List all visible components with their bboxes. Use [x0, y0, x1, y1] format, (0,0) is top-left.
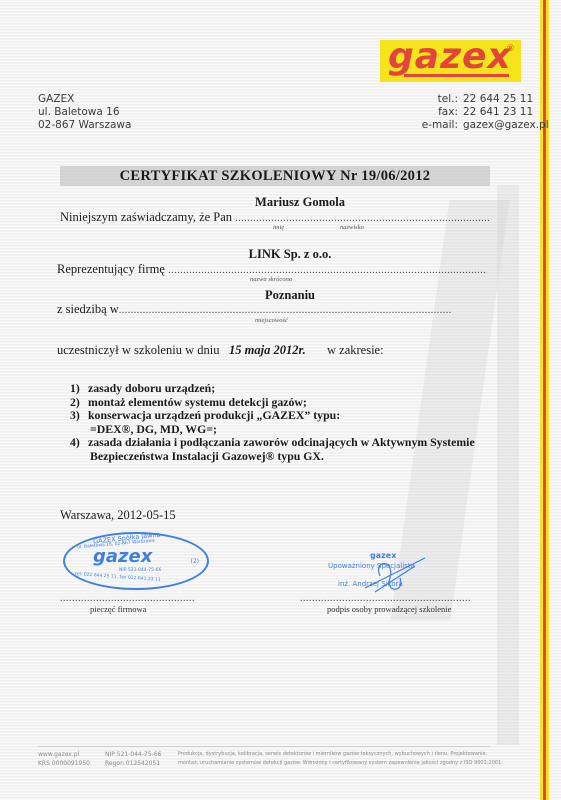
dotted-line: ........................................… — [119, 305, 452, 316]
logo-underline — [404, 74, 509, 77]
hint-city: miejscowość — [255, 317, 288, 324]
footer-nip: NIP 521-044-75-66 — [105, 750, 161, 759]
footer-desc-line: montaż, uruchamianie systemów detekcji g… — [178, 759, 508, 768]
scope-item: 3)konserwacja urządzeń produkcji „GAZEX”… — [70, 409, 475, 423]
address-line: GAZEX — [38, 93, 131, 106]
email-link[interactable]: gazex@gazex.pl — [463, 119, 549, 132]
stamp-logo: gazex — [93, 546, 152, 567]
hint-first-name: imię — [273, 224, 284, 231]
company-name: LINK Sp. z o.o. — [220, 247, 360, 262]
gazex-logo: gazex ® — [380, 40, 521, 82]
scope-item: 1)zasady doboru urządzeń; — [70, 382, 475, 396]
stamp-nip: NIP 521-044-75-66 — [119, 568, 161, 573]
stamp-phones: tel. 022 644 25 11, fax 022 641 23 11 — [75, 572, 161, 583]
item-number: 4) — [70, 436, 88, 450]
city-name: Poznaniu — [240, 288, 340, 303]
footer-col-ids: NIP 521-044-75-66 Regon 012542051 — [105, 750, 161, 768]
contact-phone: tel.:22 644 25 11 — [400, 93, 549, 106]
footer-rule — [38, 746, 490, 747]
city-label: z siedzibą w — [57, 302, 119, 316]
item-text: zasady doboru urządzeń; — [88, 382, 215, 396]
registered-mark: ® — [506, 44, 515, 54]
scope-label: w zakresie: — [327, 343, 384, 358]
person-label: Niniejszym zaświadczamy, że Pan — [60, 210, 232, 224]
person-line: Niniejszym zaświadczamy, że Pan ........… — [60, 210, 490, 225]
footer-col-desc: Produkcja, dystrybucja, kalibracja, serw… — [178, 750, 508, 768]
company-line: Reprezentujący firmę ...................… — [57, 262, 487, 277]
contact-email: e-mail:gazex@gazex.pl — [400, 119, 549, 132]
item-text: montaż elementów systemu detekcji gazów; — [88, 396, 307, 410]
training-label: uczestniczył w szkoleniu w dniu — [57, 343, 219, 358]
dotted-line: ........................................… — [168, 265, 487, 276]
certificate-title: CERTYFIKAT SZKOLENIOWY Nr 19/06/2012 — [60, 166, 490, 186]
stamp-dotted-line: ........................................… — [60, 593, 195, 604]
contact-label: e-mail: — [400, 119, 463, 132]
training-date: 15 maja 2012r. — [229, 343, 306, 358]
company-address: GAZEX ul. Baletowa 16 02-867 Warszawa — [38, 93, 131, 132]
item-text: konserwacja urządzeń produkcji „GAZEX” t… — [88, 409, 340, 423]
footer-regon: Regon 012542051 — [105, 759, 161, 768]
contact-label: tel.: — [400, 93, 463, 106]
hint-last-name: nazwisko — [340, 224, 364, 231]
company-stamp: GAZEX Spółka Jawna ul. Baletowa 16, 02-8… — [63, 532, 209, 590]
watermark — [497, 185, 519, 745]
scope-list: 1)zasady doboru urządzeń; 2)montaż eleme… — [70, 382, 475, 463]
contact-label: fax: — [400, 106, 463, 119]
footer-col-web: www.gazex.pl KRS 0000091950 — [38, 750, 90, 768]
scope-item-cont: =DEX®, DG, MD, WG=; — [70, 423, 475, 437]
item-number: 2) — [70, 396, 88, 410]
logo-text: gazex — [388, 36, 512, 77]
scope-item-cont: Bezpieczeństwa Instalacji Gazowej® typu … — [70, 450, 475, 464]
contact-value: 22 644 25 11 — [463, 93, 533, 106]
scope-item: 2)montaż elementów systemu detekcji gazó… — [70, 396, 475, 410]
company-label: Reprezentujący firmę — [57, 262, 165, 276]
item-text-cont: =DEX®, DG, MD, WG=; — [90, 423, 217, 437]
item-number: 1) — [70, 382, 88, 396]
company-contact: tel.:22 644 25 11 fax:22 641 23 11 e-mai… — [400, 93, 549, 132]
item-text: zasada działania i podłączania zaworów o… — [88, 436, 475, 450]
person-name: Mariusz Gomola — [240, 195, 360, 210]
contact-value: 22 641 23 11 — [463, 106, 533, 119]
city-line: z siedzibą w............................… — [57, 302, 482, 317]
address-line: ul. Baletowa 16 — [38, 106, 131, 119]
signature-caption: podpis osoby prowadzącej szkolenie — [327, 604, 451, 614]
address-line: 02-867 Warszawa — [38, 119, 131, 132]
stamp-caption: pieczęć firmowa — [90, 604, 146, 614]
signature-scribble — [355, 548, 435, 598]
hint-company: nazwa skrócona — [250, 276, 292, 283]
footer-website[interactable]: www.gazex.pl — [38, 750, 90, 759]
signature-dotted-line: ........................................… — [300, 593, 470, 604]
place-date: Warszawa, 2012-05-15 — [60, 508, 176, 523]
item-number: 3) — [70, 409, 88, 423]
stamp-number: (2) — [191, 558, 200, 565]
dotted-line: ........................................… — [235, 213, 490, 224]
footer-desc-line: Produkcja, dystrybucja, kalibracja, serw… — [178, 750, 508, 759]
item-text-cont: Bezpieczeństwa Instalacji Gazowej® typu … — [90, 450, 324, 464]
scope-item: 4)zasada działania i podłączania zaworów… — [70, 436, 475, 450]
contact-fax: fax:22 641 23 11 — [400, 106, 549, 119]
footer-krs: KRS 0000091950 — [38, 759, 90, 768]
